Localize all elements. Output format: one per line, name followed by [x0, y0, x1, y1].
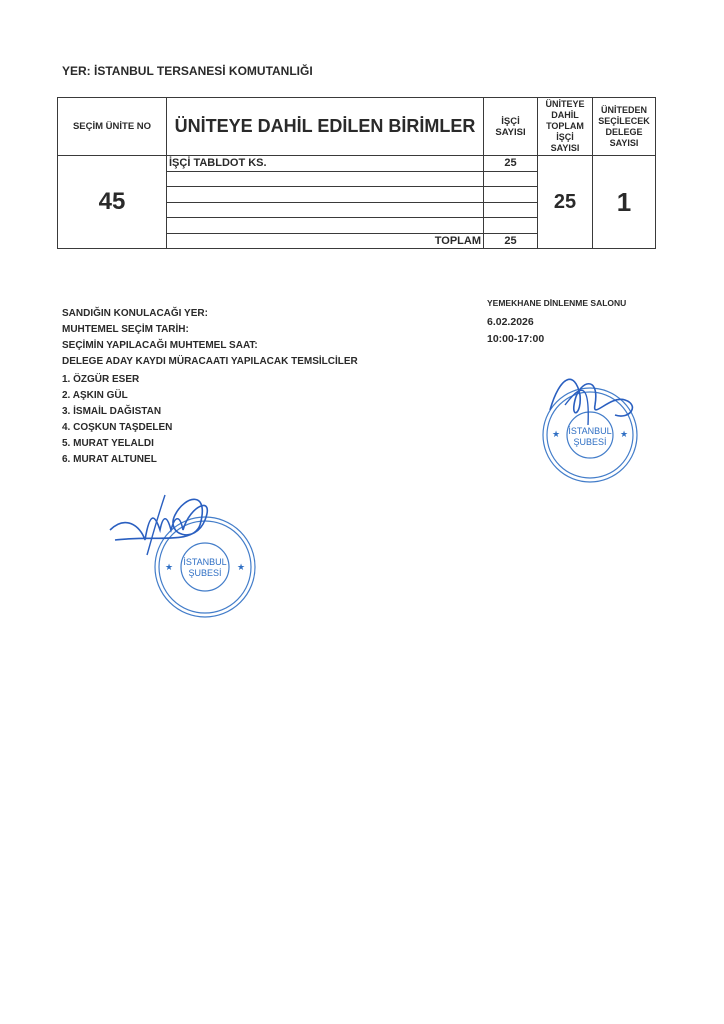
- header-line: SEÇİLECEK: [593, 116, 655, 127]
- unit-number: 45: [58, 156, 167, 249]
- list-item: 3. İSMAİL DAĞISTAN: [62, 404, 172, 420]
- election-date-label: MUHTEMEL SEÇİM TARİH:: [62, 324, 189, 335]
- list-item: 2. AŞKIN GÜL: [62, 388, 172, 404]
- unit-count: [484, 187, 538, 203]
- header-line: DAHİL: [538, 110, 592, 121]
- total-count: 25: [484, 233, 538, 249]
- unit-name: İŞÇİ TABLDOT KS.: [167, 156, 484, 172]
- star-icon: ★: [165, 562, 173, 572]
- star-icon: ★: [552, 429, 560, 439]
- header-line: ÜNİTEDEN: [593, 105, 655, 116]
- election-time-value: 10:00-17:00: [487, 333, 544, 345]
- header-line: DELEGE: [593, 127, 655, 138]
- stamp-text: ŞUBESİ: [188, 568, 221, 578]
- unit-name: [167, 187, 484, 203]
- header-worker-count: İŞÇİ SAYISI: [484, 98, 538, 156]
- header-unit-no: SEÇİM ÜNİTE NO: [58, 98, 167, 156]
- unit-count: [484, 202, 538, 218]
- star-icon: ★: [620, 429, 628, 439]
- list-item: 1. ÖZGÜR ESER: [62, 372, 172, 388]
- list-item: 5. MURAT YELALDI: [62, 436, 172, 452]
- header-line: SAYISI: [538, 143, 592, 154]
- union-stamp-left: İSTANBUL ŞUBESİ ★ ★: [105, 485, 275, 625]
- unit-count: 25: [484, 156, 538, 172]
- stamp-text: İSTANBUL: [568, 426, 611, 436]
- place-title: YER: İSTANBUL TERSANESİ KOMUTANLIĞI: [62, 64, 313, 78]
- representatives-list: 1. ÖZGÜR ESER 2. AŞKIN GÜL 3. İSMAİL DAĞ…: [62, 372, 172, 468]
- header-line: İŞÇİ: [538, 132, 592, 143]
- header-line: İŞÇİ: [484, 116, 537, 127]
- ballot-location-value: YEMEKHANE DİNLENME SALONU: [487, 298, 626, 308]
- election-date-value: 6.02.2026: [487, 316, 534, 328]
- stamp-text: İSTANBUL: [183, 557, 226, 567]
- header-line: ÜNİTEYE: [538, 99, 592, 110]
- total-label: TOPLAM: [167, 233, 484, 249]
- union-stamp-right: İSTANBUL ŞUBESİ ★ ★: [530, 365, 650, 490]
- unit-name: [167, 218, 484, 234]
- ballot-location-label: SANDIĞIN KONULACAĞI YER:: [62, 308, 208, 319]
- star-icon: ★: [237, 562, 245, 572]
- table-row: 45 İŞÇİ TABLDOT KS. 25 25 1: [58, 156, 656, 172]
- table-header-row: SEÇİM ÜNİTE NO ÜNİTEYE DAHİL EDİLEN BİRİ…: [58, 98, 656, 156]
- header-line: TOPLAM: [538, 121, 592, 132]
- header-delegates: ÜNİTEDEN SEÇİLECEK DELEGE SAYISI: [593, 98, 656, 156]
- representatives-label: DELEGE ADAY KAYDI MÜRACAATI YAPILACAK TE…: [62, 356, 358, 367]
- delegate-count: 1: [593, 156, 656, 249]
- header-line: SAYISI: [593, 138, 655, 149]
- header-units: ÜNİTEYE DAHİL EDİLEN BİRİMLER: [167, 98, 484, 156]
- unit-name: [167, 202, 484, 218]
- election-time-label: SEÇİMİN YAPILACAĞI MUHTEMEL SAAT:: [62, 340, 258, 351]
- stamp-text: ŞUBESİ: [573, 437, 606, 447]
- unit-total-workers: 25: [538, 156, 593, 249]
- unit-count: [484, 171, 538, 187]
- header-total-workers: ÜNİTEYE DAHİL TOPLAM İŞÇİ SAYISI: [538, 98, 593, 156]
- list-item: 6. MURAT ALTUNEL: [62, 452, 172, 468]
- list-item: 4. COŞKUN TAŞDELEN: [62, 420, 172, 436]
- unit-name: [167, 171, 484, 187]
- header-line: SAYISI: [484, 127, 537, 138]
- unit-count: [484, 218, 538, 234]
- election-unit-table: SEÇİM ÜNİTE NO ÜNİTEYE DAHİL EDİLEN BİRİ…: [57, 97, 656, 249]
- signature-icon: [110, 499, 207, 540]
